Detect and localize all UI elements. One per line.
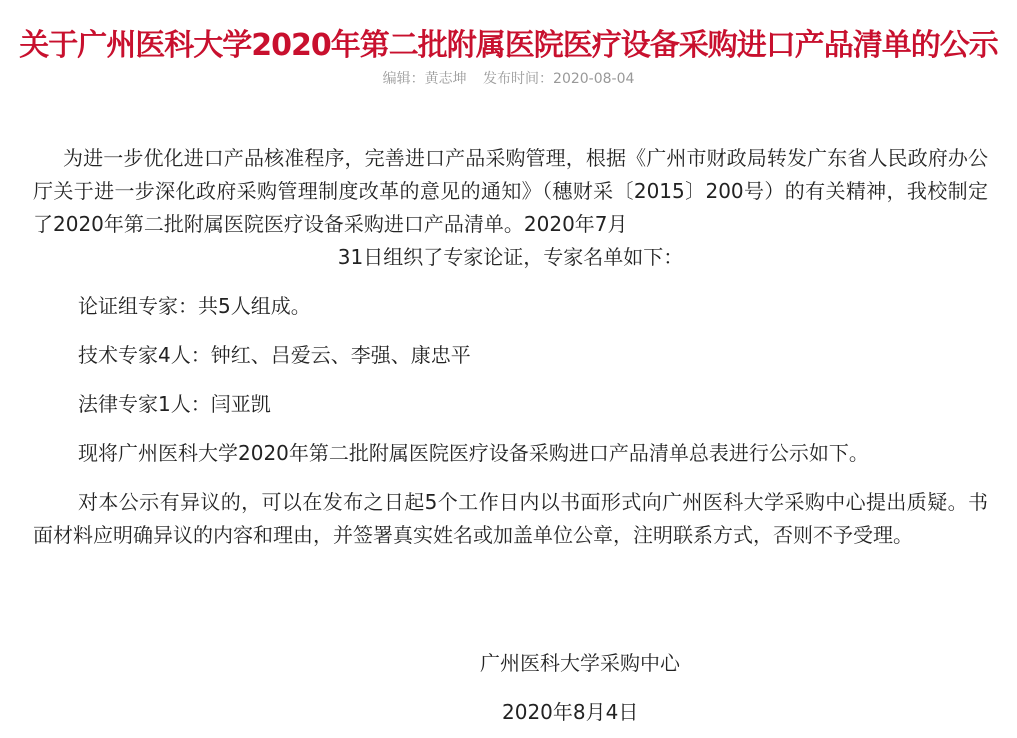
objection-paragraph: 对本公示有异议的，可以在发布之日起5个工作日内以书面形式向广州医科大学采购中心提… [33, 486, 988, 552]
intro-text: 为进一步优化进口产品核准程序，完善进口产品采购管理，根据《广州市财政局转发广东省… [33, 146, 988, 236]
article-meta: 编辑：黄志坤 发布时间：2020-08-04 [0, 68, 1017, 90]
intro-paragraph: 为进一步优化进口产品核准程序，完善进口产品采购管理，根据《广州市财政局转发广东省… [33, 142, 988, 274]
publish-time: 发布时间：2020-08-04 [483, 71, 634, 87]
announcement-line: 现将广州医科大学2020年第二批附属医院医疗设备采购进口产品清单总表进行公示如下… [78, 437, 869, 470]
signature-date: 2020年8月4日 [502, 697, 638, 727]
editor-label: 编辑：黄志坤 [383, 71, 467, 87]
legal-expert-line: 法律专家1人：闫亚凯 [78, 388, 271, 421]
technical-experts-line: 技术专家4人：钟红、吕爱云、李强、康忠平 [78, 339, 471, 372]
page-title: 关于广州医科大学2020年第二批附属医院医疗设备采购进口产品清单的公示 [0, 26, 1017, 66]
signature-organization: 广州医科大学采购中心 [480, 648, 680, 678]
intro-last-line: 31日组织了专家论证，专家名单如下： [33, 241, 988, 274]
expert-group-line: 论证组专家：共5人组成。 [78, 290, 311, 323]
